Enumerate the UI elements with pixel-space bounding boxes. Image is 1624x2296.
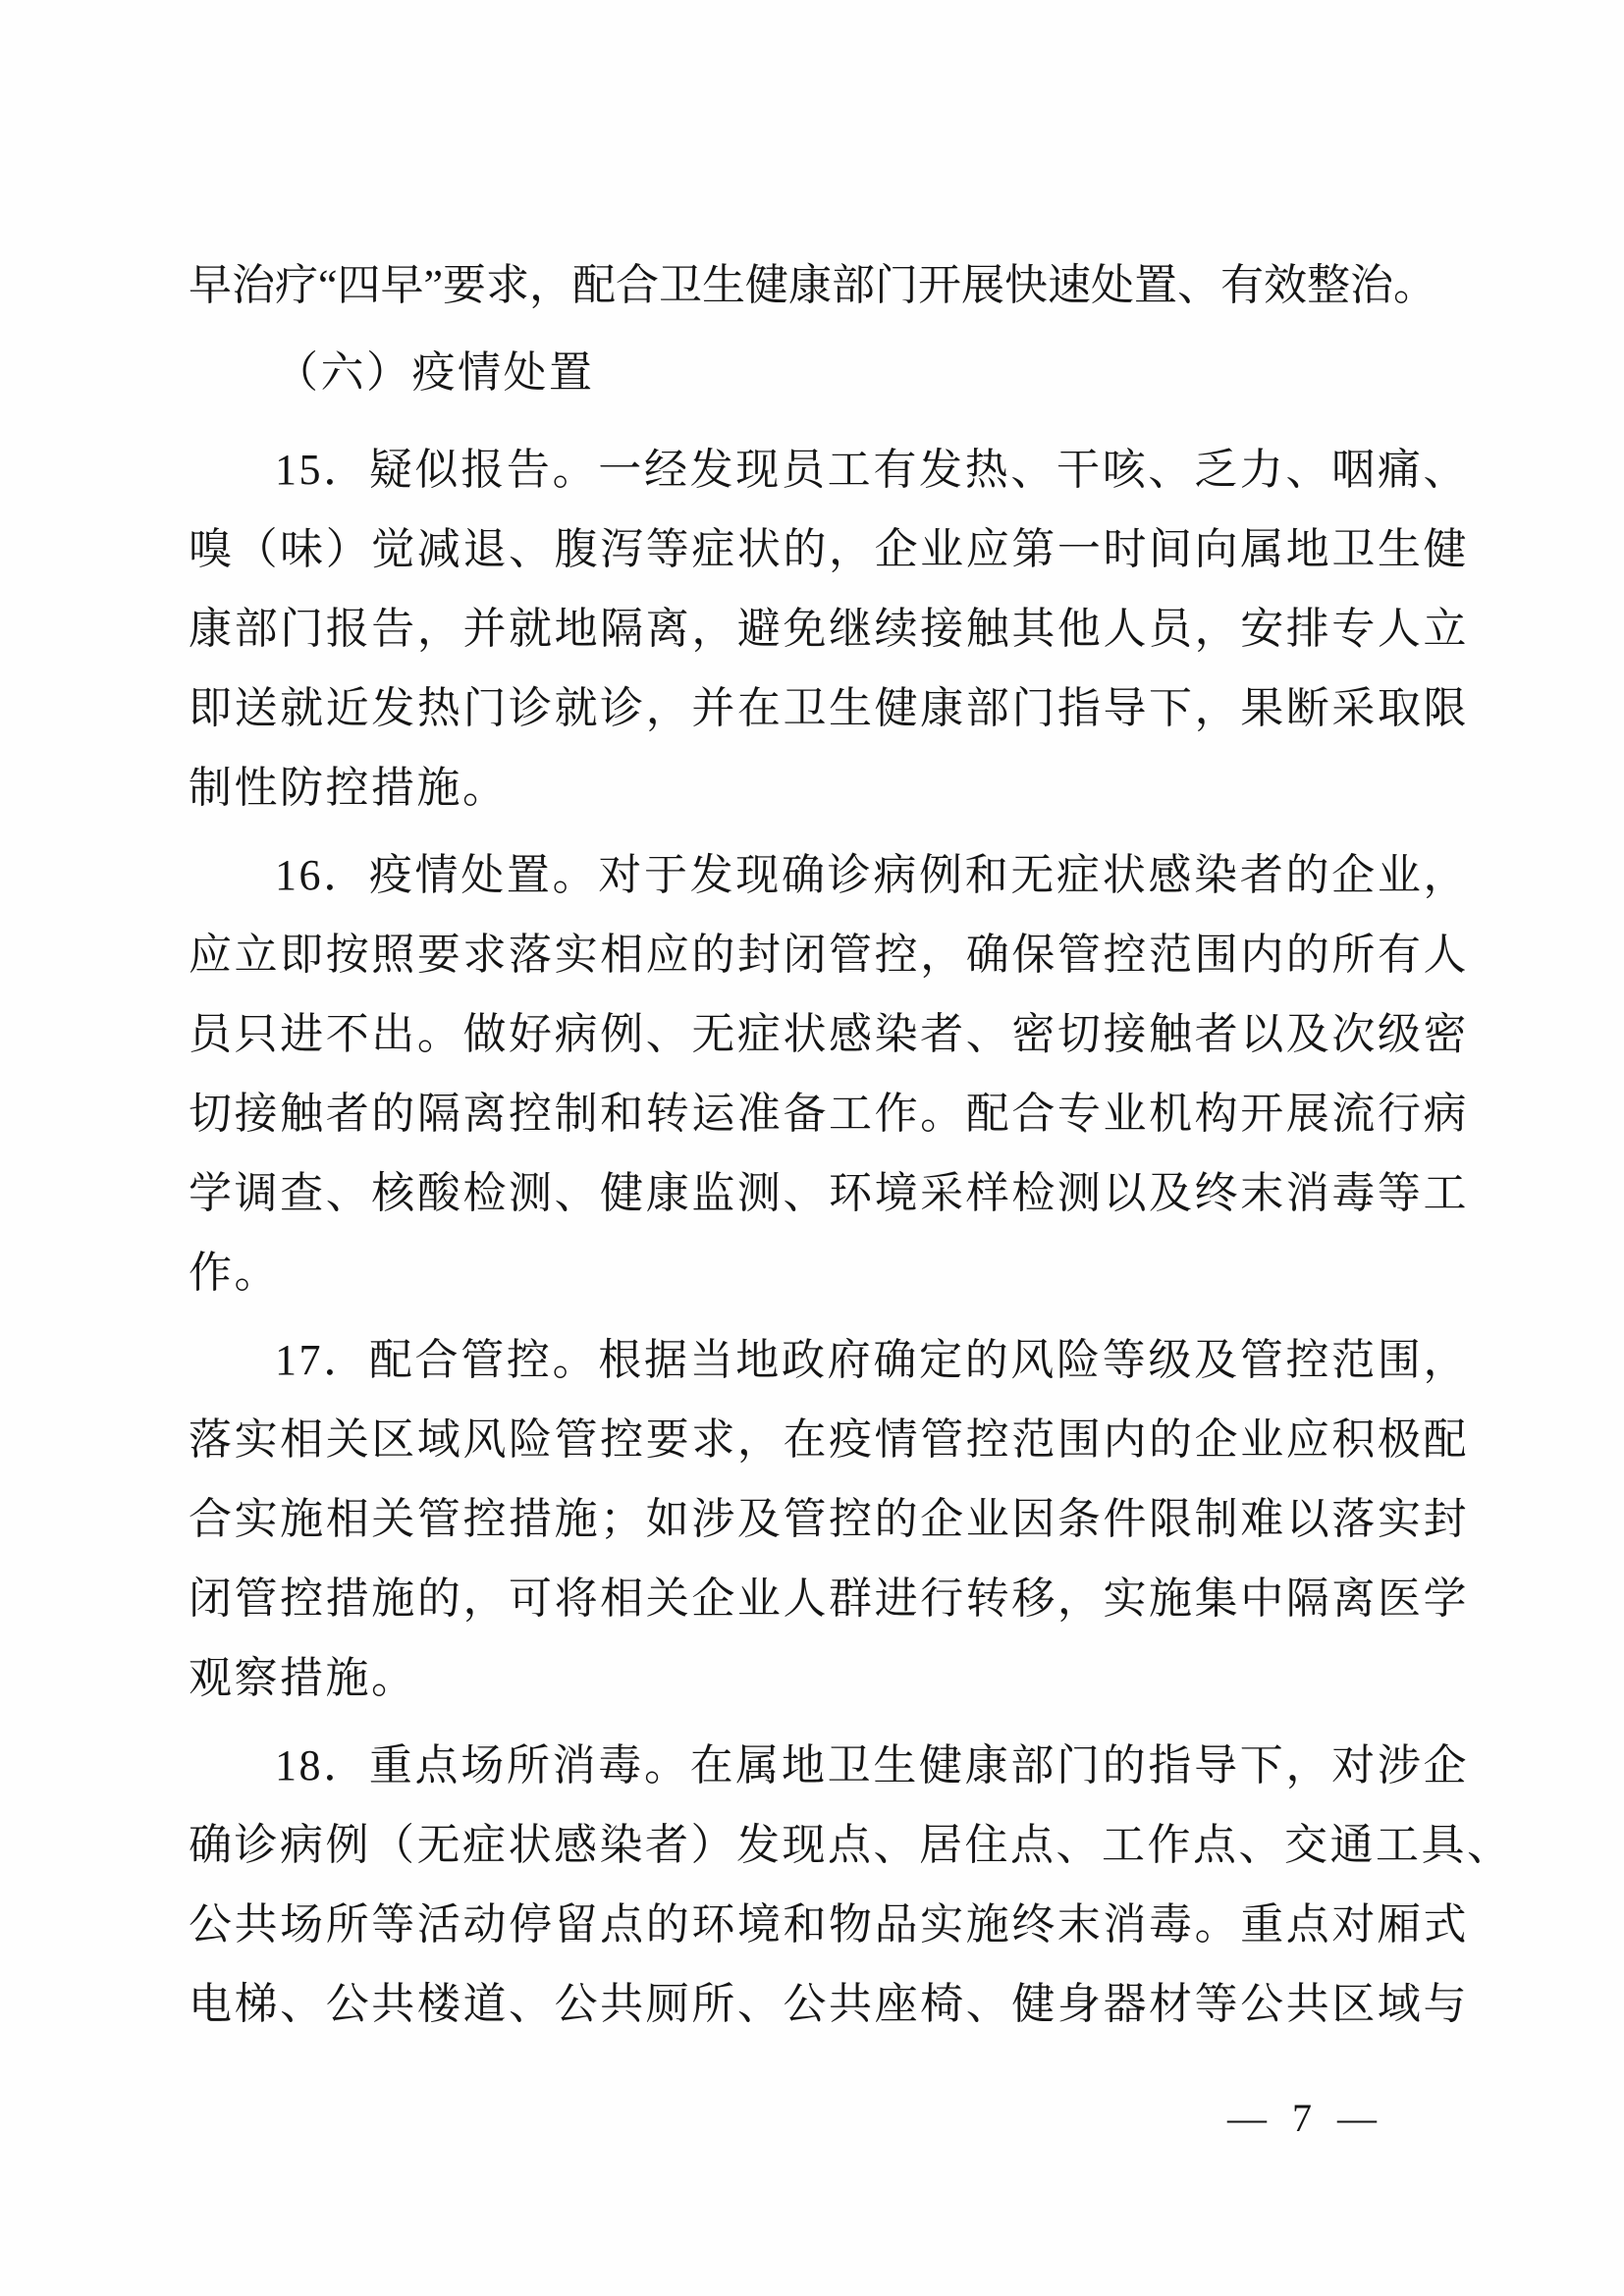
text-line: 早治疗“四早”要求，配合卫生健康部门开展快速处置、有效整治。 <box>189 245 1469 325</box>
text-line: 作。 <box>189 1233 1469 1312</box>
text-line: 即送就近发热门诊就诊，并在卫生健康部门指导下，果断采取限 <box>189 668 1469 748</box>
text-line: 闭管控措施的，可将相关企业人群进行转移，实施集中隔离医学 <box>189 1559 1469 1638</box>
text-line: 落实相关区域风险管控要求，在疫情管控范围内的企业应积极配 <box>189 1400 1469 1479</box>
paragraph-16: 16．疫情处置。对于发现确诊病例和无症状感染者的企业， 应立即按照要求落实相应的… <box>189 835 1469 1312</box>
paragraph-18: 18．重点场所消毒。在属地卫生健康部门的指导下，对涉企 确诊病例（无症状感染者）… <box>189 1726 1469 2044</box>
text-line: 制性防控措施。 <box>189 748 1469 828</box>
text-line: 嗅（味）觉减退、腹泻等症状的，企业应第一时间向属地卫生健 <box>189 509 1469 589</box>
text-line: 公共场所等活动停留点的环境和物品实施终末消毒。重点对厢式 <box>189 1885 1469 1964</box>
section-heading-text: （六）疫情处置 <box>189 333 1469 412</box>
text-line: 切接触者的隔离控制和转运准备工作。配合专业机构开展流行病 <box>189 1074 1469 1153</box>
text-line: 16．疫情处置。对于发现确诊病例和无症状感染者的企业， <box>189 835 1469 915</box>
text-line: 确诊病例（无症状感染者）发现点、居住点、工作点、交通工具、 <box>189 1805 1469 1885</box>
text-line: 15．疑似报告。一经发现员工有发热、干咳、乏力、咽痛、 <box>189 430 1469 509</box>
section-heading-6: （六）疫情处置 <box>189 333 1469 412</box>
paragraph-continuation: 早治疗“四早”要求，配合卫生健康部门开展快速处置、有效整治。 <box>189 245 1469 325</box>
text-line: 学调查、核酸检测、健康监测、环境采样检测以及终末消毒等工 <box>189 1153 1469 1233</box>
document-body: 早治疗“四早”要求，配合卫生健康部门开展快速处置、有效整治。 （六）疫情处置 1… <box>189 245 1469 2052</box>
paragraph-17: 17．配合管控。根据当地政府确定的风险等级及管控范围， 落实相关区域风险管控要求… <box>189 1320 1469 1718</box>
text-line: 电梯、公共楼道、公共厕所、公共座椅、健身器材等公共区域与 <box>189 1964 1469 2044</box>
text-line: 观察措施。 <box>189 1638 1469 1718</box>
document-page: 早治疗“四早”要求，配合卫生健康部门开展快速处置、有效整治。 （六）疫情处置 1… <box>0 0 1624 2296</box>
paragraph-15: 15．疑似报告。一经发现员工有发热、干咳、乏力、咽痛、 嗅（味）觉减退、腹泻等症… <box>189 430 1469 828</box>
text-line: 18．重点场所消毒。在属地卫生健康部门的指导下，对涉企 <box>189 1726 1469 1805</box>
text-line: 康部门报告，并就地隔离，避免继续接触其他人员，安排专人立 <box>189 589 1469 668</box>
text-line: 合实施相关管控措施；如涉及管控的企业因条件限制难以落实封 <box>189 1479 1469 1559</box>
page-number: — 7 — <box>1227 2089 1384 2148</box>
text-line: 17．配合管控。根据当地政府确定的风险等级及管控范围， <box>189 1320 1469 1400</box>
text-line: 应立即按照要求落实相应的封闭管控，确保管控范围内的所有人 <box>189 915 1469 994</box>
text-line: 员只进不出。做好病例、无症状感染者、密切接触者以及次级密 <box>189 994 1469 1074</box>
